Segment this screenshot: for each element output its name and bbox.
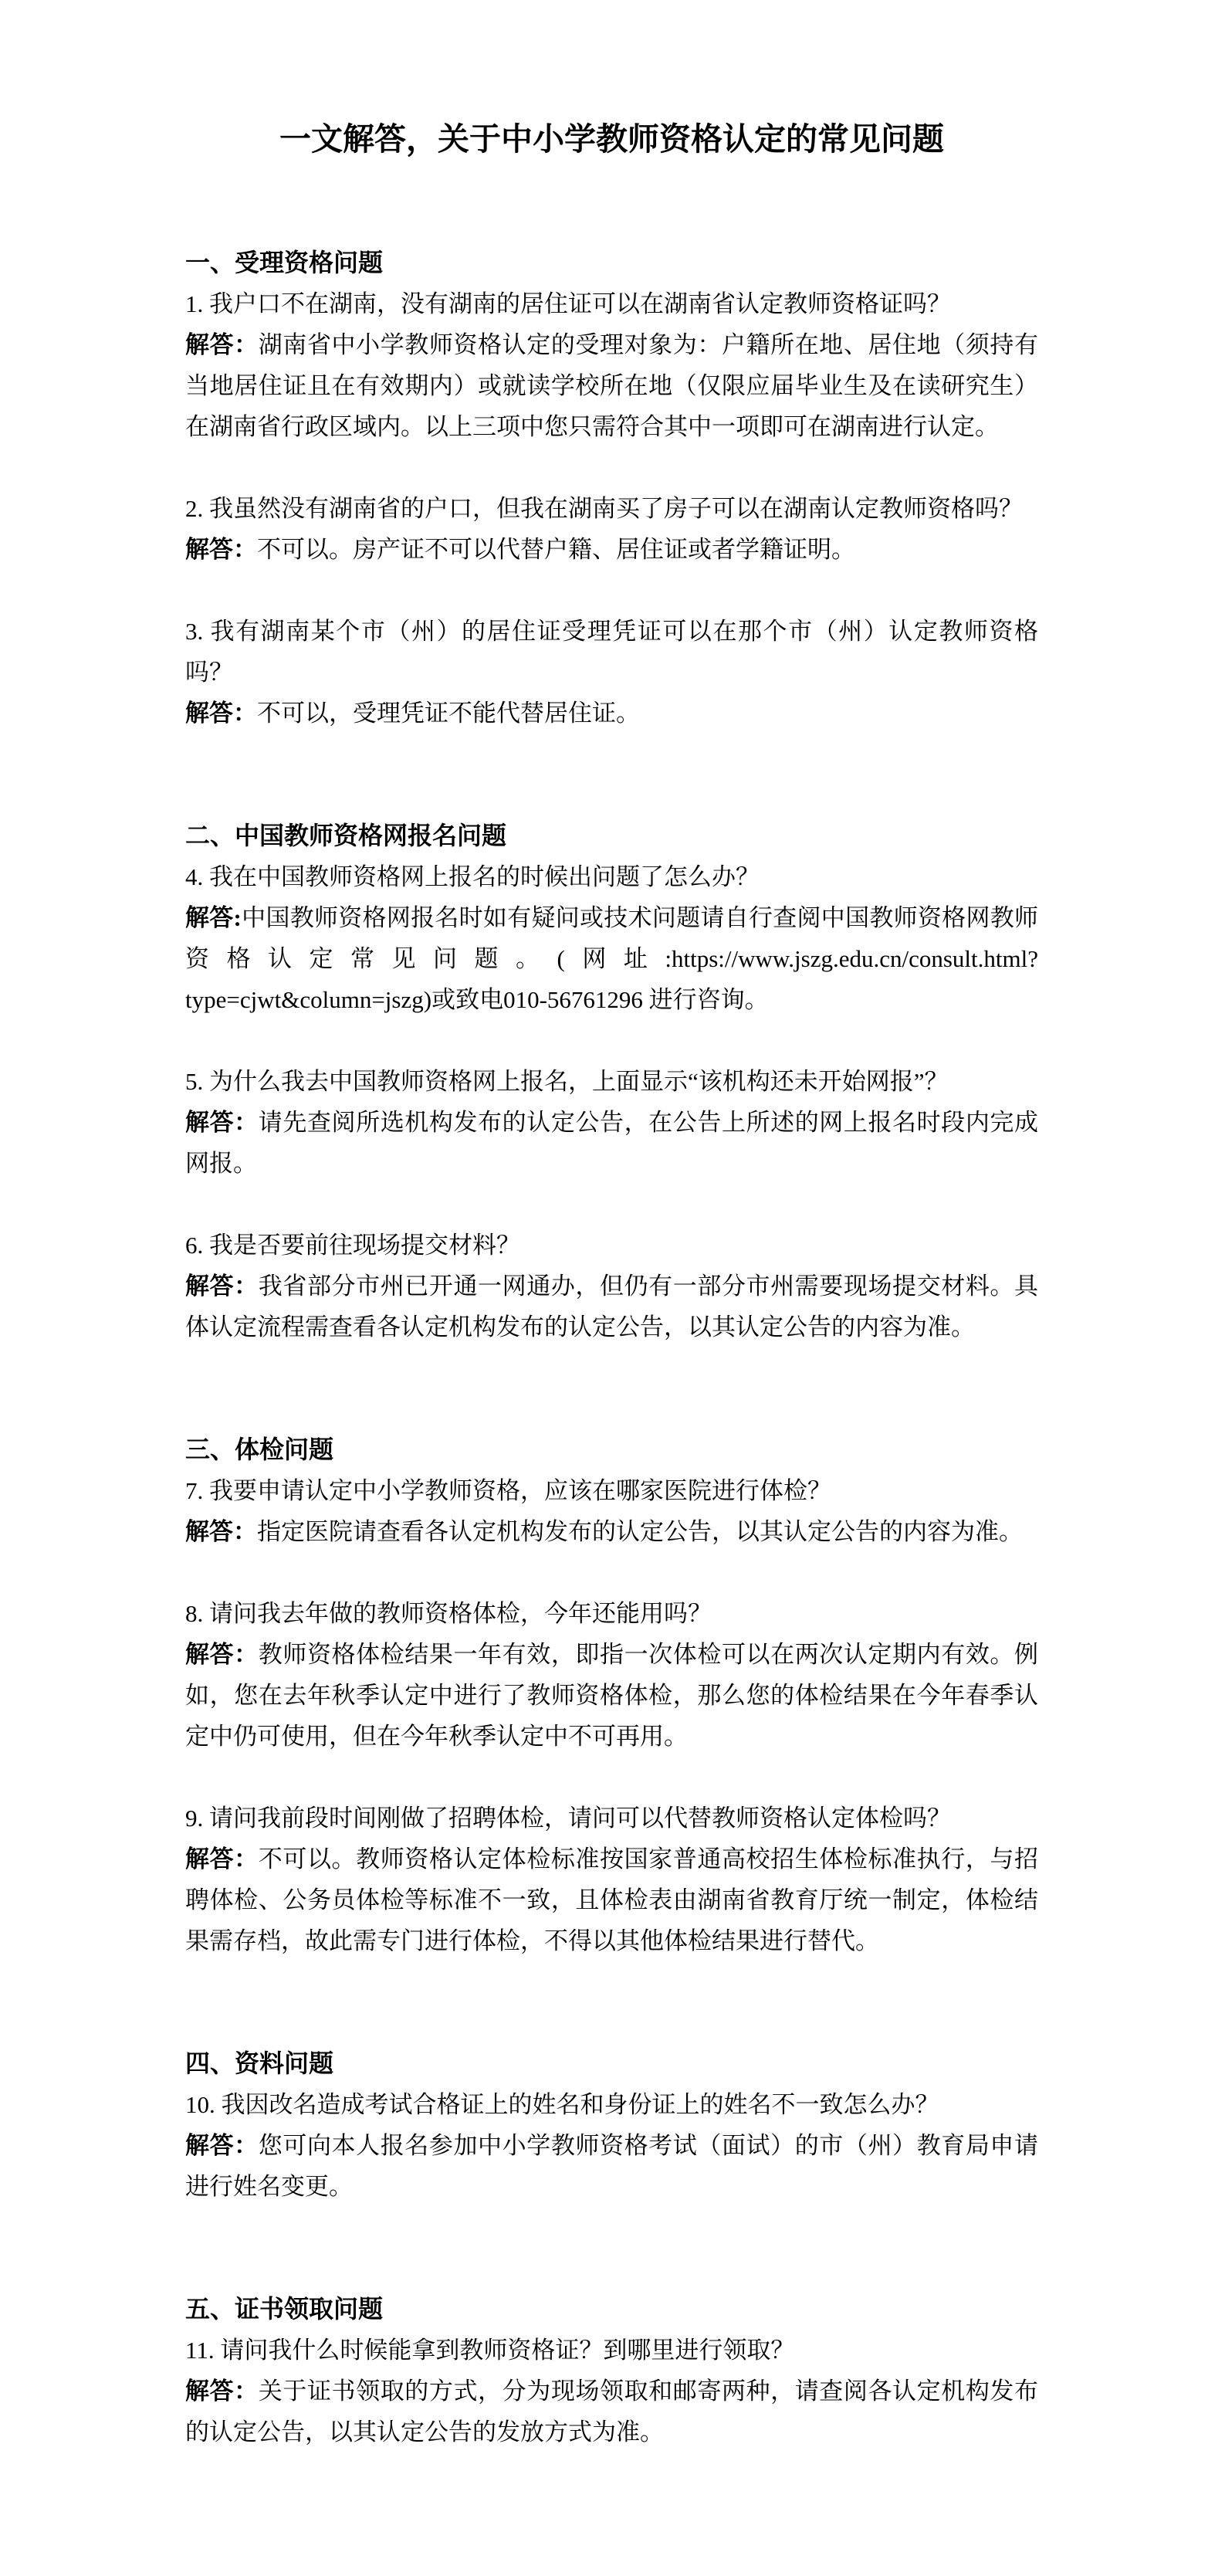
faq-item: 1. 我户口不在湖南，没有湖南的居住证可以在湖南省认定教师资格证吗？解答：湖南省…: [185, 283, 1038, 447]
faq-answer: 解答：您可向本人报名参加中小学教师资格考试（面试）的市（州）教育局申请进行姓名变…: [185, 2125, 1038, 2207]
faq-section: 一、受理资格问题1. 我户口不在湖南，没有湖南的居住证可以在湖南省认定教师资格证…: [185, 242, 1038, 734]
faq-answer-label: 解答：: [185, 331, 259, 358]
faq-item: 7. 我要申请认定中小学教师资格，应该在哪家医院进行体检？解答：指定医院请查看各…: [185, 1470, 1038, 1552]
faq-section-heading: 四、资料问题: [185, 2043, 1038, 2084]
faq-answer: 解答：关于证书领取的方式，分为现场领取和邮寄两种，请查阅各认定机构发布的认定公告…: [185, 2371, 1038, 2452]
faq-section-heading: 一、受理资格问题: [185, 242, 1038, 283]
faq-question: 6. 我是否要前往现场提交材料？: [185, 1225, 1038, 1266]
faq-answer: 解答：湖南省中小学教师资格认定的受理对象为：户籍所在地、居住地（须持有当地居住证…: [185, 324, 1038, 447]
faq-answer-label: 解答：: [185, 700, 257, 727]
faq-item: 9. 请问我前段时间刚做了招聘体检，请问可以代替教师资格认定体检吗？解答：不可以…: [185, 1798, 1038, 1961]
faq-question: 7. 我要申请认定中小学教师资格，应该在哪家医院进行体检？: [185, 1470, 1038, 1511]
faq-answer: 解答：指定医院请查看各认定机构发布的认定公告，以其认定公告的内容为准。: [185, 1511, 1038, 1552]
faq-question: 8. 请问我去年做的教师资格体检，今年还能用吗？: [185, 1593, 1038, 1634]
faq-answer-text: 不可以。教师资格认定体检标准按国家普通高校招生体检标准执行，与招聘体检、公务员体…: [185, 1846, 1038, 1954]
faq-item: 10. 我因改名造成考试合格证上的姓名和身份证上的姓名不一致怎么办？解答：您可向…: [185, 2084, 1038, 2207]
faq-item: 8. 请问我去年做的教师资格体检，今年还能用吗？解答：教师资格体检结果一年有效，…: [185, 1593, 1038, 1757]
faq-question: 4. 我在中国教师资格网上报名的时候出问题了怎么办？: [185, 856, 1038, 897]
faq-answer-label: 解答：: [185, 536, 257, 563]
faq-question: 9. 请问我前段时间刚做了招聘体检，请问可以代替教师资格认定体检吗？: [185, 1798, 1038, 1839]
faq-item: 4. 我在中国教师资格网上报名的时候出问题了怎么办？解答:中国教师资格网报名时如…: [185, 856, 1038, 1020]
faq-item: 5. 为什么我去中国教师资格网上报名，上面显示“该机构还未开始网报”？解答：请先…: [185, 1061, 1038, 1184]
faq-answer-label: 解答：: [185, 1109, 259, 1136]
faq-answer: 解答：不可以，受理凭证不能代替居住证。: [185, 693, 1038, 734]
faq-answer-label: 解答:: [185, 904, 242, 931]
faq-answer-label: 解答：: [185, 1846, 259, 1873]
faq-item: 11. 请问我什么时候能拿到教师资格证？到哪里进行领取？解答：关于证书领取的方式…: [185, 2330, 1038, 2452]
faq-answer: 解答：我省部分市州已开通一网通办，但仍有一部分市州需要现场提交材料。具体认定流程…: [185, 1266, 1038, 1347]
faq-question: 2. 我虽然没有湖南省的户口，但我在湖南买了房子可以在湖南认定教师资格吗？: [185, 488, 1038, 529]
faq-question: 11. 请问我什么时候能拿到教师资格证？到哪里进行领取？: [185, 2330, 1038, 2371]
faq-answer: 解答：请先查阅所选机构发布的认定公告，在公告上所述的网上报名时段内完成网报。: [185, 1102, 1038, 1184]
faq-answer-label: 解答：: [185, 1273, 259, 1300]
faq-question: 5. 为什么我去中国教师资格网上报名，上面显示“该机构还未开始网报”？: [185, 1061, 1038, 1102]
faq-answer: 解答：教师资格体检结果一年有效，即指一次体检可以在两次认定期内有效。例如，您在去…: [185, 1634, 1038, 1757]
faq-answer-text: 关于证书领取的方式，分为现场领取和邮寄两种，请查阅各认定机构发布的认定公告，以其…: [185, 2378, 1038, 2446]
page-title: 一文解答，关于中小学教师资格认定的常见问题: [185, 114, 1038, 164]
faq-answer-text: 指定医院请查看各认定机构发布的认定公告，以其认定公告的内容为准。: [257, 1518, 1023, 1545]
faq-section: 五、证书领取问题11. 请问我什么时候能拿到教师资格证？到哪里进行领取？解答：关…: [185, 2289, 1038, 2452]
document-page: 一文解答，关于中小学教师资格认定的常见问题 一、受理资格问题1. 我户口不在湖南…: [0, 0, 1225, 2576]
faq-answer-text: 请先查阅所选机构发布的认定公告，在公告上所述的网上报名时段内完成网报。: [185, 1109, 1038, 1177]
faq-answer-text: 湖南省中小学教师资格认定的受理对象为：户籍所在地、居住地（须持有当地居住证且在有…: [185, 331, 1038, 440]
faq-item: 6. 我是否要前往现场提交材料？解答：我省部分市州已开通一网通办，但仍有一部分市…: [185, 1225, 1038, 1347]
faq-section-heading: 五、证书领取问题: [185, 2289, 1038, 2330]
faq-question: 3. 我有湖南某个市（州）的居住证受理凭证可以在那个市（州）认定教师资格吗？: [185, 611, 1038, 693]
faq-section: 三、体检问题7. 我要申请认定中小学教师资格，应该在哪家医院进行体检？解答：指定…: [185, 1429, 1038, 1961]
faq-answer-label: 解答：: [185, 1518, 257, 1545]
faq-answer: 解答:中国教师资格网报名时如有疑问或技术问题请自行查阅中国教师资格网教师资格认定…: [185, 897, 1038, 1020]
faq-section: 二、中国教师资格网报名问题4. 我在中国教师资格网上报名的时候出问题了怎么办？解…: [185, 815, 1038, 1347]
faq-answer-text: 不可以。房产证不可以代替户籍、居住证或者学籍证明。: [257, 536, 855, 563]
faq-answer-text: 您可向本人报名参加中小学教师资格考试（面试）的市（州）教育局申请进行姓名变更。: [185, 2132, 1038, 2200]
faq-answer-label: 解答：: [185, 2132, 259, 2159]
faq-section: 四、资料问题10. 我因改名造成考试合格证上的姓名和身份证上的姓名不一致怎么办？…: [185, 2043, 1038, 2207]
faq-answer: 解答：不可以。房产证不可以代替户籍、居住证或者学籍证明。: [185, 529, 1038, 570]
faq-sections: 一、受理资格问题1. 我户口不在湖南，没有湖南的居住证可以在湖南省认定教师资格证…: [185, 242, 1038, 2452]
faq-section-heading: 三、体检问题: [185, 1429, 1038, 1470]
faq-question: 1. 我户口不在湖南，没有湖南的居住证可以在湖南省认定教师资格证吗？: [185, 283, 1038, 324]
faq-item: 2. 我虽然没有湖南省的户口，但我在湖南买了房子可以在湖南认定教师资格吗？解答：…: [185, 488, 1038, 570]
faq-answer-text: 中国教师资格网报名时如有疑问或技术问题请自行查阅中国教师资格网教师资格认定常见问…: [185, 904, 1038, 1013]
faq-answer-text: 我省部分市州已开通一网通办，但仍有一部分市州需要现场提交材料。具体认定流程需查看…: [185, 1273, 1038, 1341]
faq-answer-label: 解答：: [185, 1641, 259, 1668]
faq-item: 3. 我有湖南某个市（州）的居住证受理凭证可以在那个市（州）认定教师资格吗？解答…: [185, 611, 1038, 734]
faq-answer-text: 不可以，受理凭证不能代替居住证。: [257, 700, 640, 727]
faq-question: 10. 我因改名造成考试合格证上的姓名和身份证上的姓名不一致怎么办？: [185, 2084, 1038, 2125]
faq-answer-label: 解答：: [185, 2378, 259, 2405]
faq-answer: 解答：不可以。教师资格认定体检标准按国家普通高校招生体检标准执行，与招聘体检、公…: [185, 1839, 1038, 1961]
faq-section-heading: 二、中国教师资格网报名问题: [185, 815, 1038, 856]
faq-answer-text: 教师资格体检结果一年有效，即指一次体检可以在两次认定期内有效。例如，您在去年秋季…: [185, 1641, 1038, 1750]
